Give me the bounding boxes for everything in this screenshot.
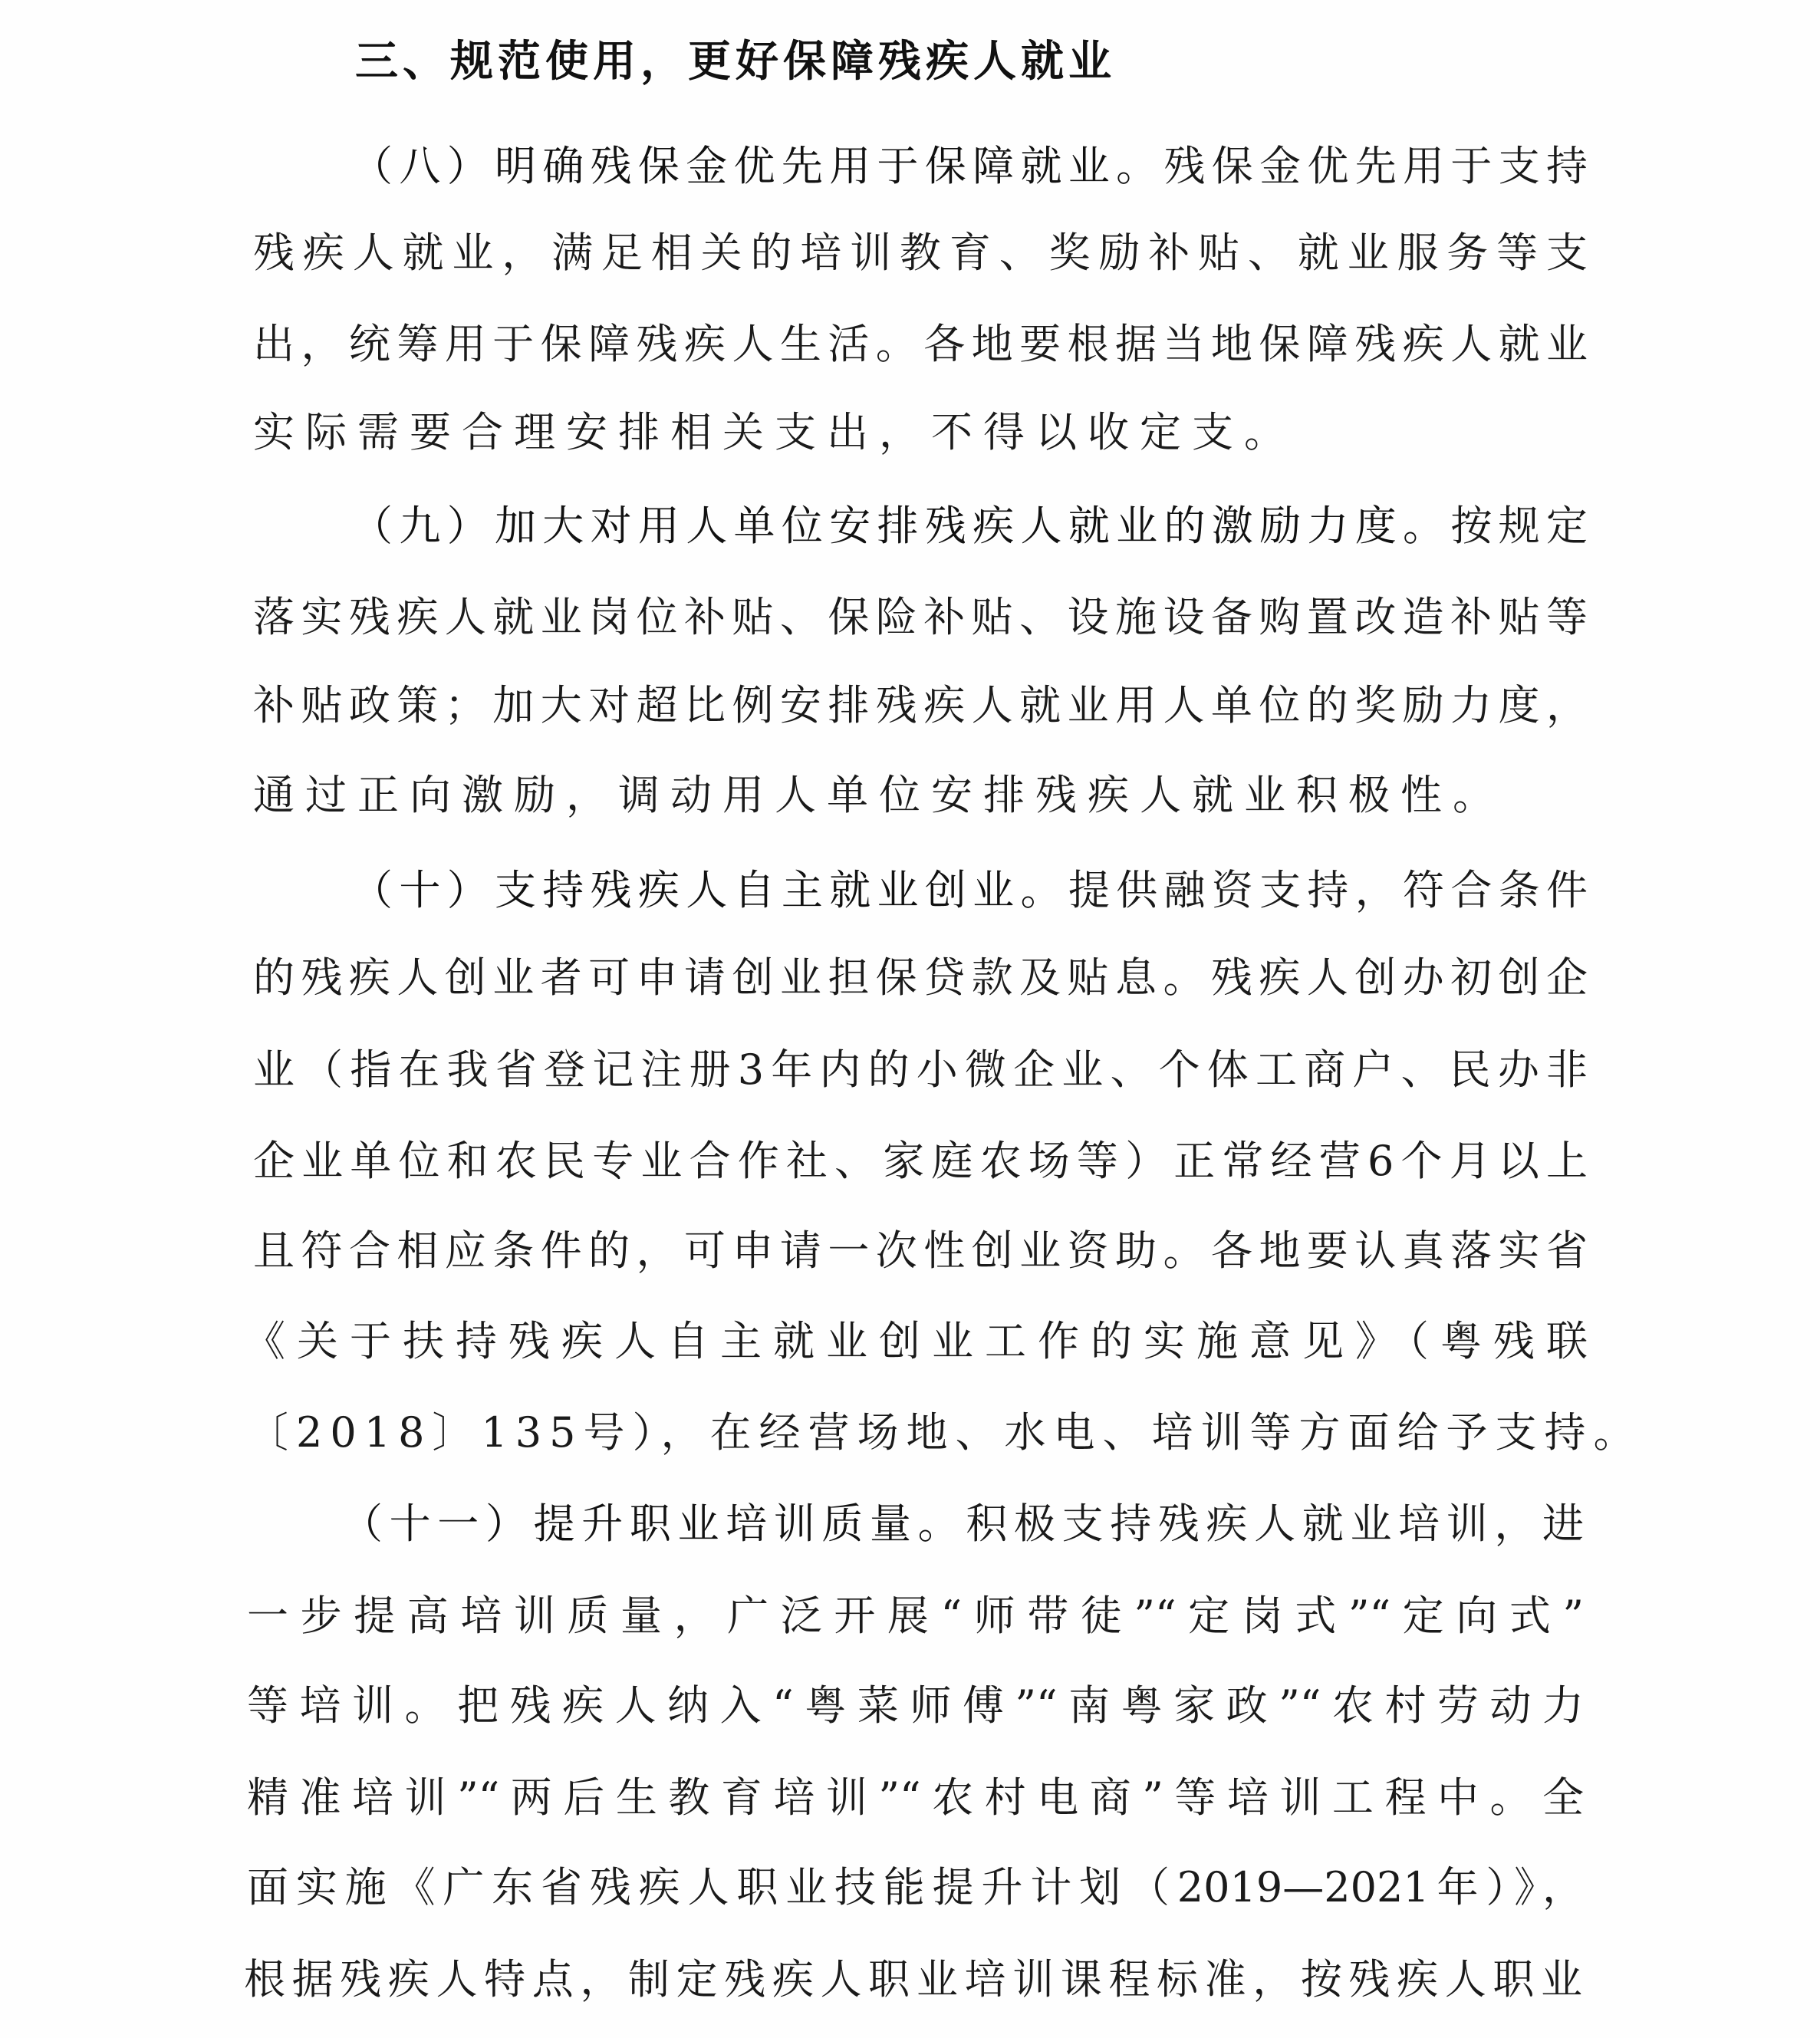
paragraph-11-line-6: 根据残疾人特点，制定残疾人职业培训课程标准，按残疾人职业 [244,1945,1582,2014]
paragraph-10-line-4: 企业单位和农民专业合作社、家庭农场等）正常经营6个月以上 [253,1127,1588,1196]
paragraph-9-lead: （九）加大对用人单位安排残疾人就业的激励力度。 [351,502,1450,550]
paragraph-10-line-5: 且符合相应条件的，可申请一次性创业资助。各地要认真落实省 [253,1217,1588,1286]
paragraph-10-line-7: 〔2018〕135号），在经营场地、水电、培训等方面给予支持。 [247,1398,1581,1467]
paragraph-9-first-line: （九）加大对用人单位安排残疾人就业的激励力度。按规定 [351,492,1588,561]
paragraph-8-line-4: 实际需要合理安排相关支出，不得以收定支。 [253,398,1588,467]
paragraph-11-lead: （十一）提升职业培训质量。 [341,1500,966,1548]
paragraph-11-line-3: 等培训。把残疾人纳入“粤菜师傅”“南粤家政”“农村劳动力 [247,1671,1584,1740]
paragraph-9-line-4: 通过正向激励，调动用人单位安排残疾人就业积极性。 [253,761,1588,830]
paragraph-10-line-6: 《关于扶持残疾人自主就业创业工作的实施意见》（粤残联 [244,1307,1588,1376]
paragraph-10-line-2: 的残疾人创业者可申请创业担保贷款及贴息。残疾人创办初创企 [253,943,1588,1012]
paragraph-11-line-4: 精准培训”“两后生教育培训”“农村电商”等培训工程中。全 [247,1763,1584,1832]
paragraph-8-line-3: 出，统筹用于保障残疾人生活。各地要根据当地保障残疾人就业 [253,310,1588,379]
paragraph-10-line-3: 业（指在我省登记注册3年内的小微企业、个体工商户、民办非 [253,1035,1588,1105]
paragraph-9-line-3: 补贴政策；加大对超比例安排残疾人就业用人单位的奖励力度， [253,671,1588,740]
paragraph-9-line-1: 按规定 [1450,502,1588,550]
paragraph-11-line-1: 积极支持残疾人就业培训，进 [966,1500,1584,1548]
section-heading: 三、规范使用，更好保障残疾人就业 [355,28,1114,97]
paragraph-8-lead: （八）明确残保金优先用于保障就业。 [351,142,1163,190]
paragraph-10-lead: （十）支持残疾人自主就业创业。 [351,866,1068,914]
document-page: 三、规范使用，更好保障残疾人就业 （八）明确残保金优先用于保障就业。残保金优先用… [0,0,1820,2038]
paragraph-9-line-2: 落实残疾人就业岗位补贴、保险补贴、设施设备购置改造补贴等 [253,583,1588,652]
paragraph-11-line-5: 面实施《广东省残疾人职业技能提升计划（2019—2021年）》， [247,1853,1584,1922]
paragraph-11-first-line: （十一）提升职业培训质量。积极支持残疾人就业培训，进 [341,1490,1584,1559]
paragraph-8-first-line: （八）明确残保金优先用于保障就业。残保金优先用于支持 [351,132,1588,201]
paragraph-11-line-2: 一步提高培训质量，广泛开展“师带徒”“定岗式”“定向式” [247,1582,1584,1651]
paragraph-8-line-1: 残保金优先用于支持 [1163,142,1588,190]
paragraph-8-line-2: 残疾人就业，满足相关的培训教育、奖励补贴、就业服务等支 [253,219,1588,288]
paragraph-10-line-1: 提供融资支持，符合条件 [1068,866,1588,914]
paragraph-10-first-line: （十）支持残疾人自主就业创业。提供融资支持，符合条件 [351,856,1588,925]
